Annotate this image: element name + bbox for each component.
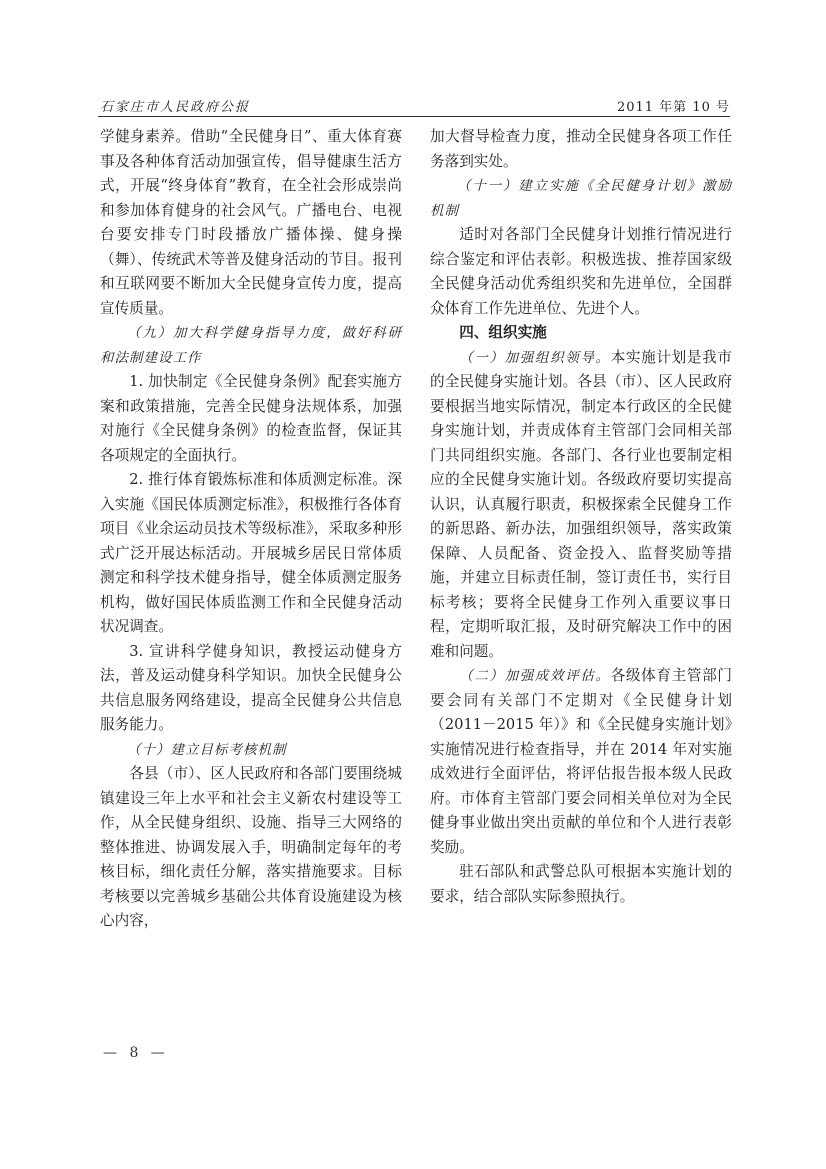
paragraph-text: 本实施计划是我市的全民健身实施计划。各县（市）、区人民政府要根据当地实际情况，制… xyxy=(430,349,732,660)
paragraph: 2. 推行体育锻炼标准和体质测定标准。深入实施《国民体质测定标准》，积极推行各体… xyxy=(100,468,402,640)
paragraph: 各县（市）、区人民政府和各部门要围绕城镇建设三年上水平和社会主义新农村建设等工作… xyxy=(100,762,402,934)
running-header: 石家庄市人民政府公报 2011 年第 10 号 xyxy=(98,96,730,117)
paragraph: 1. 加快制定《全民健身条例》配套实施方案和政策措施，完善全民健身法规体系，加强… xyxy=(100,370,402,468)
paragraph: 3. 宣讲科学健身知识，教授运动健身方法，普及运动健身科学知识。加快全民健身公共… xyxy=(100,640,402,738)
paragraph: 学健身素养。借助“全民健身日”、重大体育赛事及各种体育活动加强宣传，倡导健康生活… xyxy=(100,125,402,321)
subsection-heading-11: （十一）建立实施《全民健身计划》激励机制 xyxy=(430,174,732,223)
publication-title: 石家庄市人民政府公报 xyxy=(100,96,250,115)
inline-heading: （一）加强组织领导。 xyxy=(459,350,611,366)
right-column: 加大督导检查力度，推动全民健身各项工作任务落到实处。 （十一）建立实施《全民健身… xyxy=(430,125,732,909)
subsection-heading-10: （十）建立目标考核机制 xyxy=(100,738,402,763)
paragraph-text: 各级体育主管部门要会同有关部门不定期对《全民健身计划（2011－2015 年）》… xyxy=(430,667,732,856)
paragraph: 适时对各部门全民健身计划推行情况进行综合鉴定和评估表彰。积极选拔、推荐国家级全民… xyxy=(430,223,732,321)
issue-number: 2011 年第 10 号 xyxy=(617,96,730,115)
paragraph: （二）加强成效评估。各级体育主管部门要会同有关部门不定期对《全民健身计划（201… xyxy=(430,664,732,860)
paragraph: 驻石部队和武警总队可根据本实施计划的要求，结合部队实际参照执行。 xyxy=(430,860,732,909)
left-column: 学健身素养。借助“全民健身日”、重大体育赛事及各种体育活动加强宣传，倡导健康生活… xyxy=(100,125,402,934)
paragraph: （一）加强组织领导。本实施计划是我市的全民健身实施计划。各县（市）、区人民政府要… xyxy=(430,346,732,665)
paragraph: 加大督导检查力度，推动全民健身各项工作任务落到实处。 xyxy=(430,125,732,174)
subsection-heading-9: （九）加大科学健身指导力度，做好科研和法制建设工作 xyxy=(100,321,402,370)
section-heading-4: 四、组织实施 xyxy=(430,321,732,346)
page-number: — 8 — xyxy=(103,1045,169,1061)
inline-heading: （二）加强成效评估。 xyxy=(459,668,611,684)
